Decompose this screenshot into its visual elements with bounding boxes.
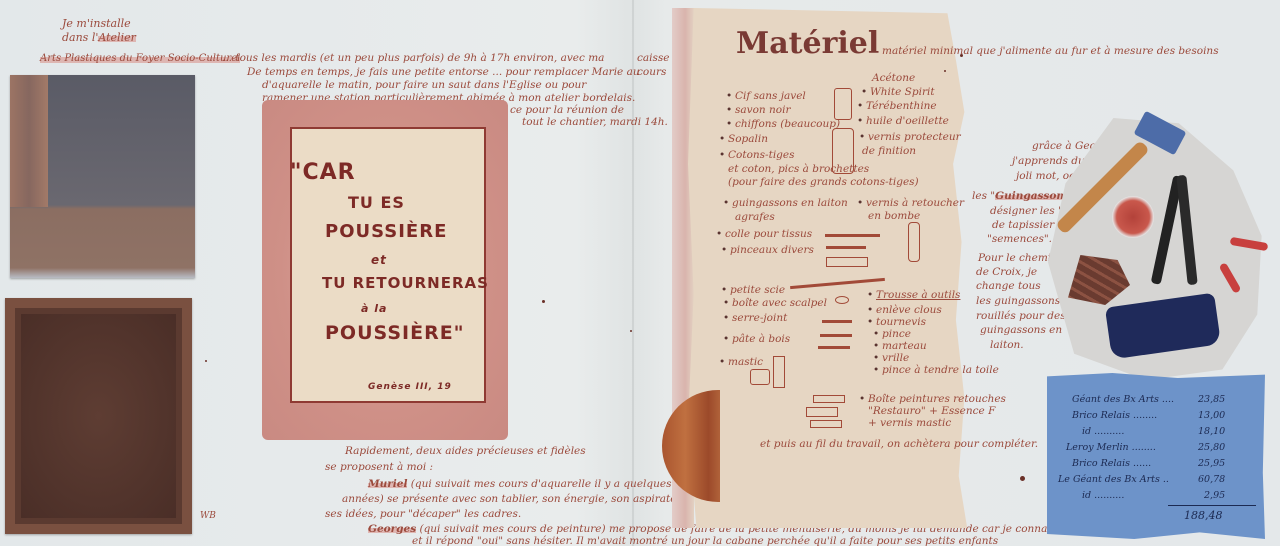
materiel-subtitle: matériel minimal que j'alimente au fur e… [882, 45, 1219, 58]
guingasson-note: laiton. [990, 339, 1024, 352]
ink-speck [630, 330, 632, 332]
guingasson-note: change tous [976, 280, 1041, 293]
brush-sketch-icon [825, 234, 880, 237]
supply-item: serre-joint [732, 312, 787, 325]
receipt-label: Géant des Bx Arts .... [1072, 394, 1174, 405]
paragraph-line-1: ... tous les mardis (et un peu plus parf… [222, 52, 604, 65]
receipt-amount: 60,78 [1198, 474, 1225, 485]
solvent-item-cont: de finition [862, 145, 916, 158]
helpers-line-1: Rapidement, deux aides précieuses et fid… [345, 445, 586, 458]
receipt-total: 188,48 [1184, 509, 1223, 522]
side-note-cours: cours [637, 66, 666, 79]
receipt-total-rule [1168, 505, 1256, 506]
ink-speck [1020, 476, 1025, 481]
spray-can-sketch-icon [908, 222, 920, 262]
toolkit-title: Trousse à outils [876, 289, 960, 302]
paint-tube-sketch-icon [813, 395, 845, 403]
supply-item: Cif sans javel [735, 90, 806, 103]
signature: WB [200, 510, 216, 523]
guingasson-note: de Croix, je [976, 266, 1037, 279]
receipt-label: id .......... [1082, 490, 1124, 501]
bottle-sketch-icon [834, 88, 852, 120]
tool-sketch-icon [822, 320, 852, 323]
brush-sketch-icon [826, 246, 866, 249]
tube-sketch-icon [773, 356, 785, 388]
intro-atelier: Atelier [98, 31, 136, 44]
supply-item-cont: agrafes [735, 211, 775, 224]
supply-item: Sopalin [728, 133, 768, 146]
paint-tube-sketch-icon [810, 420, 842, 428]
solvent-item: Térébenthine [866, 100, 937, 113]
paragraph-line-3: d'aquarelle le matin, pour faire un saut… [262, 79, 586, 92]
solvent-item: huile d'oeillette [866, 115, 949, 128]
scalpel-sketch-icon [835, 296, 849, 304]
solvent-item: White Spirit [870, 86, 935, 99]
supply-item: chiffons (beaucoup) [735, 118, 840, 131]
quote-line-6: à la [361, 302, 387, 315]
receipt-amount: 23,85 [1198, 394, 1225, 405]
intro-prefix: dans l' [62, 31, 98, 44]
quote-line-2: TU ES [348, 193, 405, 212]
ink-speck [944, 70, 946, 72]
receipt-label: id .......... [1082, 426, 1124, 437]
ink-speck [960, 54, 963, 57]
paragraph-line-2: De temps en temps, je fais une petite en… [247, 66, 640, 79]
supply-item: colle pour tissus [725, 228, 812, 241]
supply-item-cont: (pour faire des grands cotons-tiges) [728, 176, 919, 189]
tool-sketch-icon [820, 334, 852, 337]
receipt-amount: 25,80 [1198, 442, 1225, 453]
guingasson-note: guingassons en [980, 324, 1062, 337]
paint-box-line-3: + vernis mastic [868, 417, 951, 430]
guingasson-note: rouillés pour des [976, 310, 1066, 323]
helpers-line-5: ses idées, pour "décaper" les cadres. [325, 508, 521, 521]
receipt-amount: 25,95 [1198, 458, 1225, 469]
photo-old-frame [5, 298, 192, 534]
intro-line-2: dans l'Atelier [62, 31, 136, 44]
helpers-line-7: et il répond "oui" sans hésiter. Il m'av… [412, 535, 998, 546]
putty-pot-sketch-icon [750, 369, 770, 385]
supply-item: mastic [728, 356, 763, 369]
supply-item: guingassons en laiton [732, 197, 848, 210]
helper-name-muriel: Muriel [368, 478, 407, 490]
quote-line-7: POUSSIÈRE" [325, 322, 465, 344]
receipt-label: Leroy Merlin ........ [1066, 442, 1156, 453]
can-sketch-icon [832, 128, 854, 174]
nails-dish-icon [1112, 196, 1154, 238]
receipt-amount: 18,10 [1198, 426, 1225, 437]
guingasson-note: j'apprends du [1012, 155, 1085, 168]
guingasson-note: "semences". [987, 233, 1052, 246]
helpers-line-4: années) se présente avec son tablier, so… [342, 493, 690, 506]
paint-tube-sketch-icon [806, 407, 838, 417]
receipt-amount: 13,00 [1198, 410, 1225, 421]
materiel-title: Matériel [736, 26, 879, 61]
quote-line-1: "CAR [290, 160, 356, 185]
supply-item: Cotons-tiges [728, 149, 795, 162]
ink-speck [205, 360, 207, 362]
solvent-item: vernis à retoucher [866, 197, 964, 210]
supply-item: petite scie [730, 284, 785, 297]
solvent-item: vernis protecteur [868, 131, 961, 144]
receipt-label: Le Géant des Bx Arts .. [1058, 474, 1169, 485]
toolkit-item: pince à tendre la toile [882, 364, 999, 377]
supply-item: savon noir [735, 104, 790, 117]
solvent-item: Acétone [872, 72, 915, 85]
guingasson-note: Pour le chemin [978, 252, 1058, 265]
closing-line: et puis au fil du travail, on achètera p… [760, 438, 1038, 451]
supply-item: pâte à bois [732, 333, 790, 346]
quote-line-3: POUSSIÈRE [325, 221, 447, 242]
paragraph-line-6: tout le chantier, mardi 14h. [522, 116, 668, 129]
quote-line-4: et [371, 253, 387, 267]
quote-reference: Genèse III, 19 [368, 382, 452, 392]
helpers-line-2: se proposent à moi : [325, 461, 433, 474]
supply-item: pinceaux divers [730, 244, 814, 257]
brush-sketch-icon [826, 257, 868, 267]
guingasson-word: Guingasson [995, 190, 1064, 202]
guingasson-note: les guingassons [976, 295, 1060, 308]
intro-line-1: Je m'installe [62, 17, 131, 30]
page-gutter [632, 0, 634, 546]
supply-item: boîte avec scalpel [732, 297, 827, 310]
hammer-sketch-icon [818, 346, 850, 349]
receipt-amount: 2,95 [1204, 490, 1225, 501]
ink-speck [542, 300, 545, 303]
intro-line-3: Arts Plastiques du Foyer Socio-Culturel [40, 52, 240, 65]
receipt-label: Brico Relais ...... [1072, 458, 1151, 469]
receipt-label: Brico Relais ........ [1072, 410, 1157, 421]
helpers-line-3: Muriel (qui suivait mes cours d'aquarell… [368, 478, 671, 491]
photo-frame-corner [10, 75, 195, 278]
helper-name-georges: Georges [368, 523, 416, 535]
quote-line-5: TU RETOURNERAS [322, 274, 489, 292]
